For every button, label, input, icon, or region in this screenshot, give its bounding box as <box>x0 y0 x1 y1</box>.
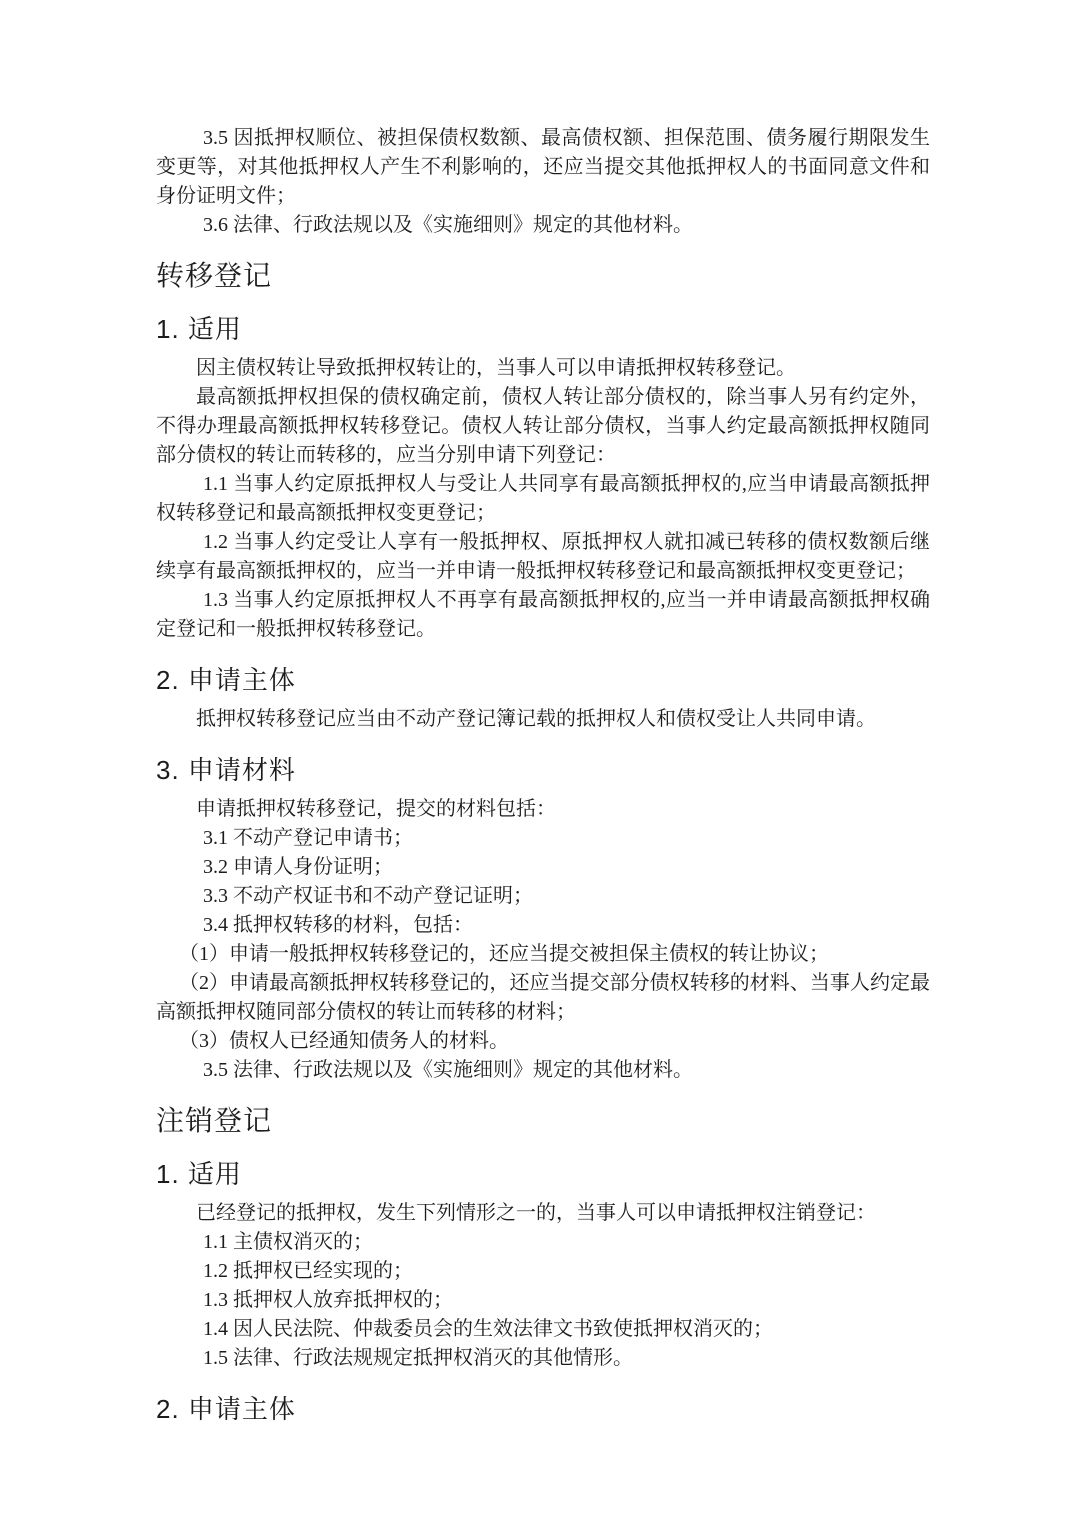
subheading-transfer-materials: 3. 申请材料 <box>156 754 930 786</box>
paragraph-item-3-5-change: 3.5 因抵押权顺位、被担保债权数额、最高债权额、担保范围、债务履行期限发生变更… <box>156 124 930 211</box>
paragraph-cancel-item-1-5: 1.5 法律、行政法规规定抵押权消灭的其他情形。 <box>156 1344 930 1373</box>
paragraph-item-3-2: 3.2 申请人身份证明； <box>156 853 930 882</box>
subheading-cancellation-applicant: 2. 申请主体 <box>156 1393 930 1425</box>
paragraph-cancel-item-1-4: 1.4 因人民法院、仲裁委员会的生效法律文书致使抵押权消灭的； <box>156 1315 930 1344</box>
paragraph-item-3-1: 3.1 不动产登记申请书； <box>156 824 930 853</box>
paragraph-item-3-6-other: 3.6 法律、行政法规以及《实施细则》规定的其他材料。 <box>156 211 930 240</box>
paragraph-item-3-4: 3.4 抵押权转移的材料，包括： <box>156 911 930 940</box>
paragraph-item-3-3: 3.3 不动产权证书和不动产登记证明； <box>156 882 930 911</box>
paragraph-cancellation-intro: 已经登记的抵押权，发生下列情形之一的，当事人可以申请抵押权注销登记： <box>156 1199 930 1228</box>
subheading-transfer-applicability: 1. 适用 <box>156 313 930 345</box>
document-page: 3.5 因抵押权顺位、被担保债权数额、最高债权额、担保范围、债务履行期限发生变更… <box>0 0 1074 1520</box>
paragraph-subitem-3: （3）债权人已经通知债务人的材料。 <box>156 1027 930 1056</box>
section-heading-cancellation-registration: 注销登记 <box>156 1104 930 1138</box>
paragraph-cancel-item-1-2: 1.2 抵押权已经实现的； <box>156 1257 930 1286</box>
subheading-transfer-applicant: 2. 申请主体 <box>156 664 930 696</box>
paragraph-item-1-1: 1.1 当事人约定原抵押权人与受让人共同享有最高额抵押权的,应当申请最高额抵押权… <box>156 470 930 528</box>
paragraph-transfer-intro: 因主债权转让导致抵押权转让的，当事人可以申请抵押权转移登记。 <box>156 354 930 383</box>
paragraph-item-1-3: 1.3 当事人约定原抵押权人不再享有最高额抵押权的,应当一并申请最高额抵押权确定… <box>156 586 930 644</box>
section-heading-transfer-registration: 转移登记 <box>156 259 930 293</box>
paragraph-materials-intro: 申请抵押权转移登记，提交的材料包括： <box>156 795 930 824</box>
paragraph-subitem-2: （2）申请最高额抵押权转移登记的，还应当提交部分债权转移的材料、当事人约定最高额… <box>156 969 930 1027</box>
paragraph-transfer-applicant: 抵押权转移登记应当由不动产登记簿记载的抵押权人和债权受让人共同申请。 <box>156 705 930 734</box>
subheading-cancellation-applicability: 1. 适用 <box>156 1158 930 1190</box>
paragraph-max-mortgage-rule: 最高额抵押权担保的债权确定前，债权人转让部分债权的，除当事人另有约定外，不得办理… <box>156 383 930 470</box>
paragraph-cancel-item-1-1: 1.1 主债权消灭的； <box>156 1228 930 1257</box>
paragraph-item-1-2: 1.2 当事人约定受让人享有一般抵押权、原抵押权人就扣减已转移的债权数额后继续享… <box>156 528 930 586</box>
paragraph-item-3-5-other: 3.5 法律、行政法规以及《实施细则》规定的其他材料。 <box>156 1056 930 1085</box>
paragraph-cancel-item-1-3: 1.3 抵押权人放弃抵押权的； <box>156 1286 930 1315</box>
paragraph-subitem-1: （1）申请一般抵押权转移登记的，还应当提交被担保主债权的转让协议； <box>156 940 930 969</box>
